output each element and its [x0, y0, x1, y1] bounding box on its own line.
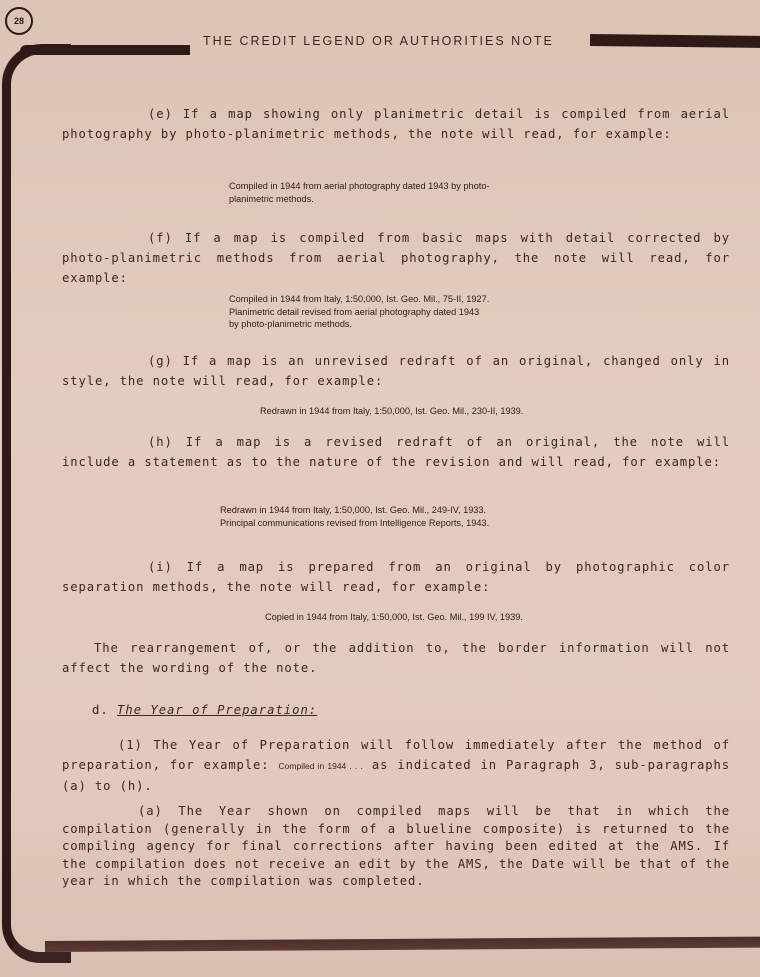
item-a-text: (a) The Year shown on compiled maps will… [62, 804, 730, 888]
section-d-label: d. [92, 703, 109, 717]
paragraph-e: (e) If a map showing only planimetric de… [62, 104, 730, 144]
example-line: Planimetric detail revised from aerial p… [229, 306, 489, 319]
paragraph-g: (g) If a map is an unrevised redraft of … [62, 351, 730, 391]
example-note-f: Compiled in 1944 from Italy, 1:50,000, I… [229, 293, 489, 331]
paragraph-rearrangement: The rearrangement of, or the addition to… [62, 638, 730, 678]
paragraph-f-text: (f) If a map is compiled from basic maps… [62, 231, 730, 285]
paragraph-h-text: (h) If a map is a revised redraft of an … [62, 435, 730, 469]
page-number-badge: 28 [5, 7, 33, 35]
paragraph-i: (i) If a map is prepared from an origina… [62, 557, 730, 597]
paragraph-i-text: (i) If a map is prepared from an origina… [62, 560, 730, 594]
section-d-item-1: (1) The Year of Preparation will follow … [62, 735, 730, 796]
paragraph-f: (f) If a map is compiled from basic maps… [62, 228, 730, 288]
example-note-e: Compiled in 1944 from aerial photography… [229, 180, 490, 205]
frame-top-right-bar [590, 34, 760, 48]
frame-left-rule [2, 90, 11, 920]
paragraph-h: (h) If a map is a revised redraft of an … [62, 432, 730, 472]
example-line: planimetric methods. [229, 193, 490, 206]
example-line: Principal communications revised from In… [220, 517, 489, 530]
paragraph-rearrangement-text: The rearrangement of, or the addition to… [62, 641, 730, 675]
header-title: THE CREDIT LEGEND OR AUTHORITIES NOTE [203, 34, 554, 48]
paragraph-g-text: (g) If a map is an unrevised redraft of … [62, 354, 730, 388]
example-line: Compiled in 1944 from aerial photography… [229, 180, 490, 193]
frame-top-left-corner [2, 44, 71, 114]
example-line: Redrawn in 1944 from Italy, 1:50,000, Is… [220, 504, 489, 517]
example-line: by photo-planimetric methods. [229, 318, 489, 331]
example-line: Redrawn in 1944 from Italy, 1:50,000, Is… [260, 405, 523, 418]
frame-bottom-bar [45, 937, 760, 952]
frame-bottom-left-corner [2, 900, 71, 963]
example-note-g: Redrawn in 1944 from Italy, 1:50,000, Is… [260, 405, 523, 418]
example-line: Compiled in 1944 from Italy, 1:50,000, I… [229, 293, 489, 306]
example-line: Copied in 1944 from Italy, 1:50,000, Ist… [265, 611, 523, 624]
section-d-title: The Year of Preparation: [117, 703, 317, 717]
section-d-item-a: (a) The Year shown on compiled maps will… [62, 803, 730, 891]
paragraph-e-text: (e) If a map showing only planimetric de… [62, 107, 730, 141]
section-d-heading: d. The Year of Preparation: [92, 703, 317, 717]
example-note-i: Copied in 1944 from Italy, 1:50,000, Ist… [265, 611, 523, 624]
item-1-inline-example: Compiled in 1944 . . . [279, 761, 363, 771]
example-note-h: Redrawn in 1944 from Italy, 1:50,000, Is… [220, 504, 489, 529]
